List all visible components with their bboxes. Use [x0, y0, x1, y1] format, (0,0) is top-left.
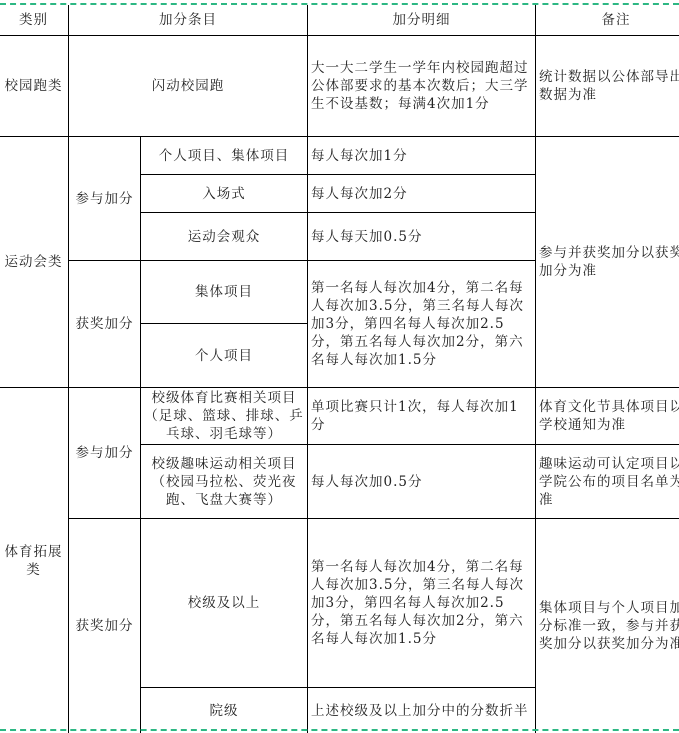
sports-meet-participation-label: 参与加分	[69, 137, 141, 261]
note-campus-run: 统计数据以公体部导出数据为准	[536, 36, 679, 137]
sports-meet-award-item-group: 集体项目	[141, 261, 308, 324]
sports-expansion-participation-label: 参与加分	[69, 388, 141, 519]
header-item: 加分条目	[69, 5, 308, 36]
header-category: 类别	[0, 5, 69, 36]
sports-expansion-note-fun: 趣味运动可认定项目以学院公布的项目名单为准	[536, 445, 679, 519]
sports-expansion-award-item-college: 院级	[141, 688, 308, 733]
selection-dashed-border-top	[0, 3, 679, 5]
sports-expansion-detail-fun: 每人每次加0.5分	[308, 445, 536, 519]
sports-meet-detail-opening: 每人每次加2分	[308, 175, 536, 213]
sports-meet-award-detail: 第一名每人每次加4分，第二名每人每次加3.5分，第三名每人每次加3分，第四名每人…	[308, 261, 536, 388]
category-sports-expansion: 体育拓展类	[0, 388, 69, 733]
sports-expansion-item-competition: 校级体育比赛相关项目（足球、篮球、排球、乒乓球、羽毛球等）	[141, 388, 308, 445]
sports-expansion-award-note: 集体项目与个人项目加分标准一致，参与并获奖加分以获奖加分为准	[536, 519, 679, 733]
header-detail: 加分明细	[308, 5, 536, 36]
header-note: 备注	[536, 5, 679, 36]
sports-meet-detail-individual-group: 每人每次加1分	[308, 137, 536, 175]
category-campus-run: 校园跑类	[0, 36, 69, 137]
sports-meet-detail-audience: 每人每天加0.5分	[308, 213, 536, 261]
sports-expansion-detail-competition: 单项比赛只计1次，每人每次加1分	[308, 388, 536, 445]
sports-expansion-award-detail-school: 第一名每人每次加4分，第二名每人每次加3.5分，第三名每人每次加3分，第四名每人…	[308, 519, 536, 688]
sports-meet-item-audience: 运动会观众	[141, 213, 308, 261]
sports-meet-item-opening: 入场式	[141, 175, 308, 213]
selection-dashed-border-bottom	[0, 729, 679, 731]
detail-campus-run: 大一大二学生一学年内校园跑超过公体部要求的基本次数后；大三学生不设基数；每满4次…	[308, 36, 536, 137]
sports-meet-item-individual-group: 个人项目、集体项目	[141, 137, 308, 175]
item-campus-run: 闪动校园跑	[69, 36, 308, 137]
sports-expansion-award-detail-college: 上述校级及以上加分中的分数折半	[308, 688, 536, 733]
sports-meet-award-item-individual: 个人项目	[141, 324, 308, 388]
sports-expansion-award-item-school: 校级及以上	[141, 519, 308, 688]
sports-expansion-award-label: 获奖加分	[69, 519, 141, 733]
sports-meet-note: 参与并获奖加分以获奖加分为准	[536, 137, 679, 388]
category-sports-meet: 运动会类	[0, 137, 69, 388]
sports-meet-award-label: 获奖加分	[69, 261, 141, 388]
sports-expansion-item-fun: 校级趣味运动相关项目（校园马拉松、荧光夜跑、飞盘大赛等）	[141, 445, 308, 519]
sports-expansion-note-competition: 体育文化节具体项目以学校通知为准	[536, 388, 679, 445]
